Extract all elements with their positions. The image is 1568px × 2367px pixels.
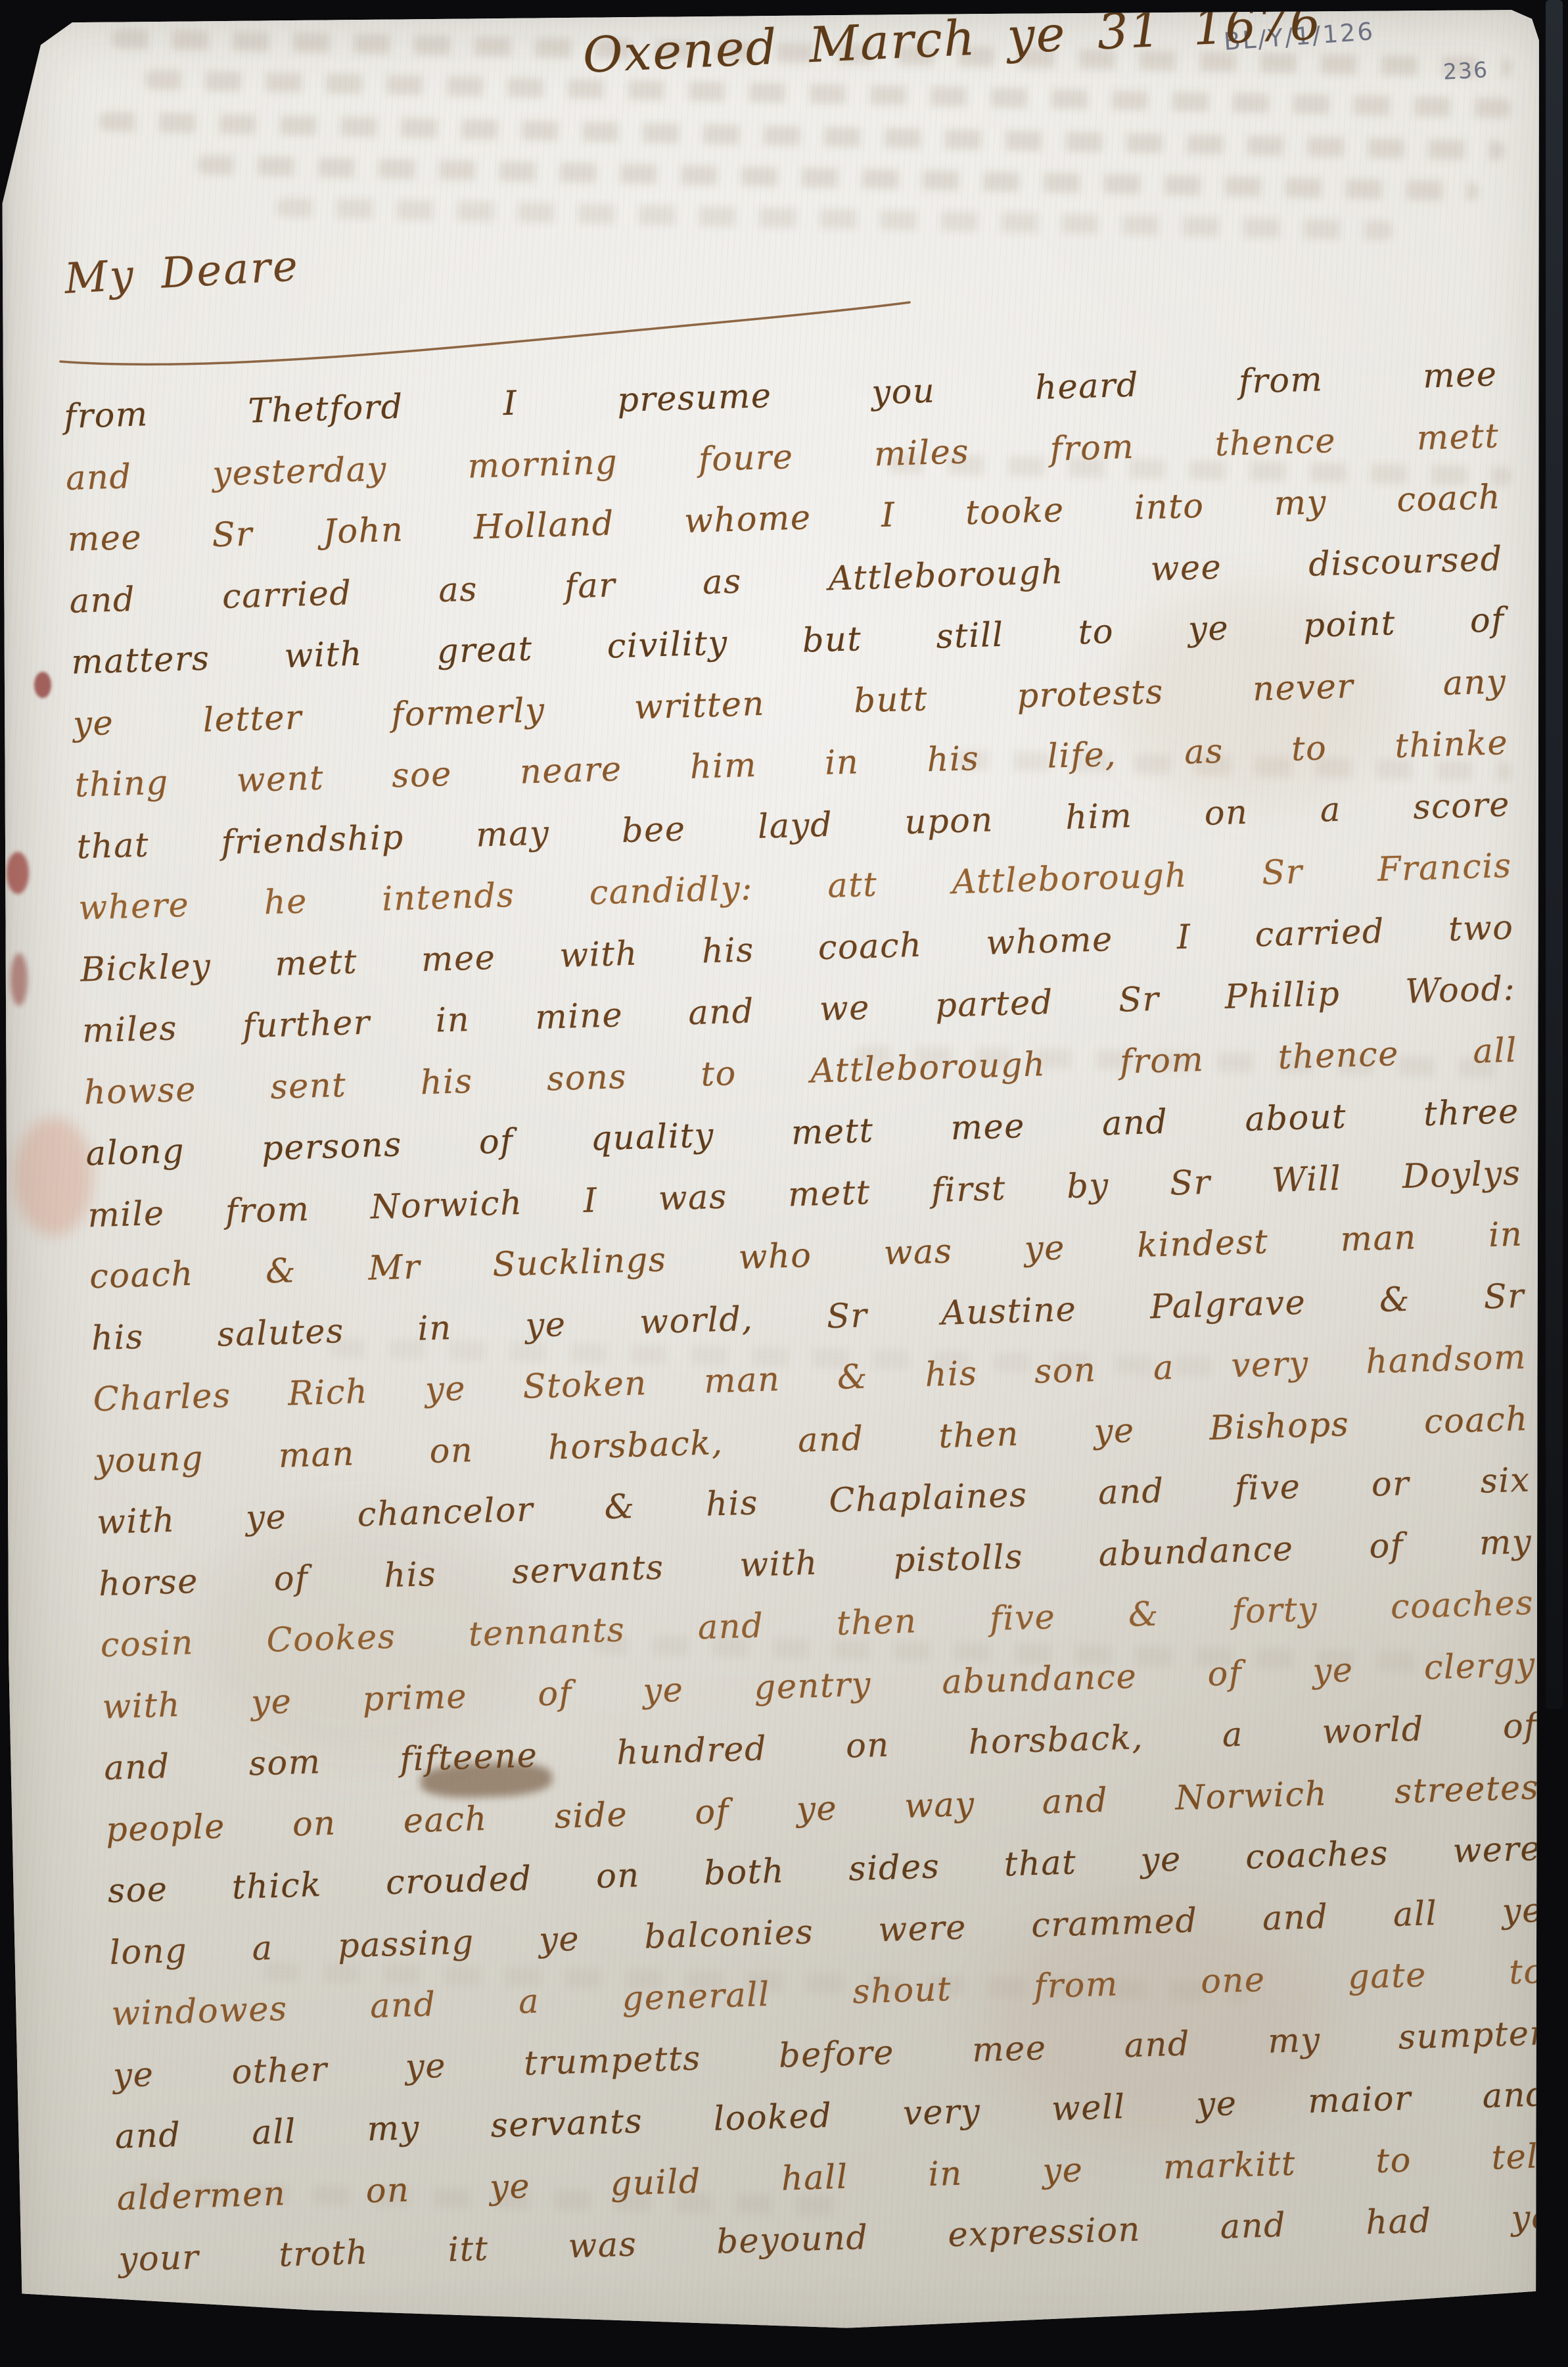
bleedthrough-ghost bbox=[276, 197, 1393, 241]
bleedthrough-ghost bbox=[197, 155, 1479, 202]
salutation-flourish bbox=[51, 284, 919, 376]
red-stain bbox=[34, 672, 51, 698]
pink-smear-stain bbox=[14, 1117, 93, 1236]
letter-page: BL/Y/1/126 236 Oxened March ye 31 1676 M… bbox=[0, 0, 1568, 2367]
red-stain bbox=[11, 953, 28, 1006]
bleedthrough-ghost bbox=[145, 70, 1511, 118]
bleedthrough-ghost bbox=[99, 112, 1505, 161]
letter-body: from Thetford I presume you heard from m… bbox=[63, 344, 1553, 2291]
photograph-scene: BL/Y/1/126 236 Oxened March ye 31 1676 M… bbox=[0, 0, 1568, 2367]
folio-number: 236 bbox=[1442, 57, 1489, 85]
red-stain bbox=[7, 852, 29, 894]
binding-edge bbox=[1546, 0, 1563, 1709]
